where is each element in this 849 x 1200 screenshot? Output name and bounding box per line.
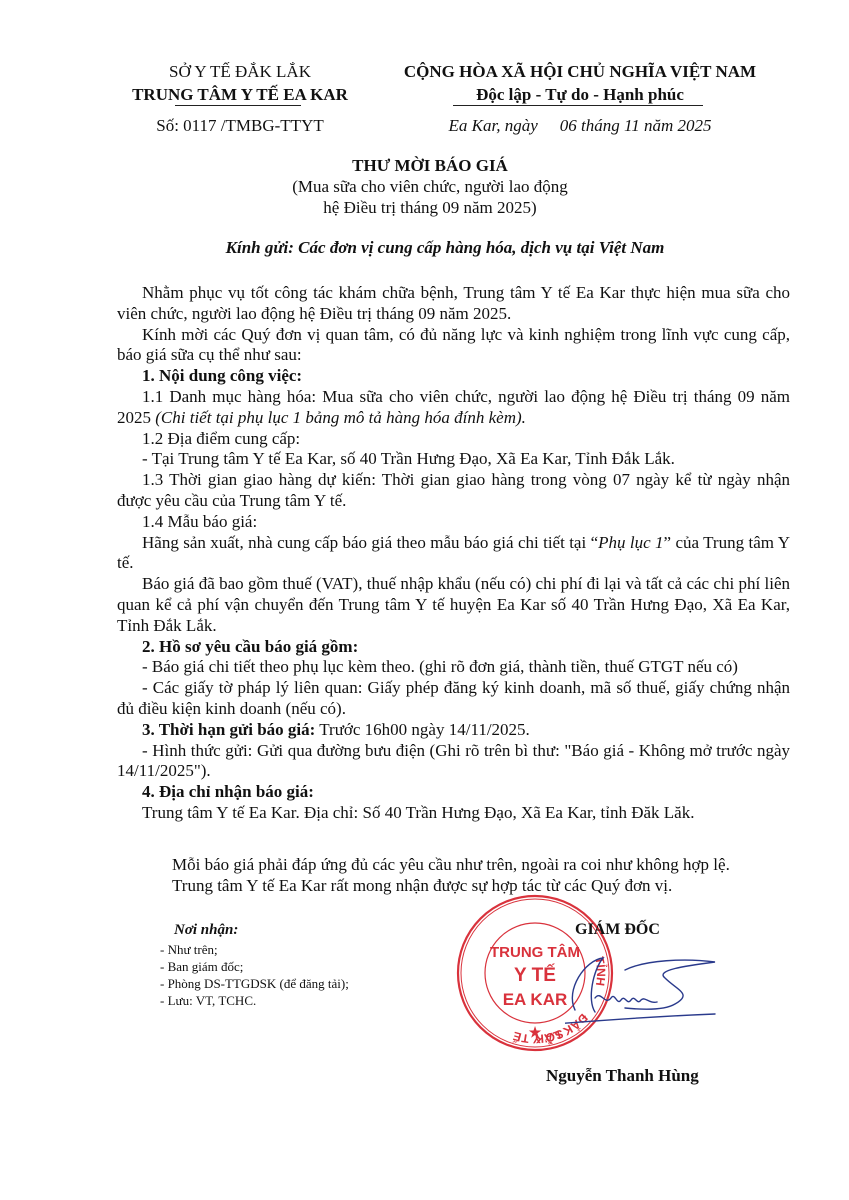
recipients: Nơi nhận: - Như trên; - Ban giám đốc; - … [160, 922, 440, 1009]
document-body: Nhằm phục vụ tốt công tác khám chữa bệnh… [117, 283, 790, 824]
section-4-heading: 4. Địa chỉ nhận báo giá: [117, 782, 790, 803]
stamp-center-line-2: Y TẾ [514, 964, 556, 986]
section-1-3: 1.3 Thời gian giao hàng dự kiến: Thời gi… [117, 470, 790, 512]
section-3-heading: 3. Thời hạn gửi báo giá: [142, 720, 315, 739]
date-place: Ea Kar, ngày [449, 116, 538, 135]
section-1-2-heading: 1.2 Địa điểm cung cấp: [117, 429, 790, 450]
title-subtitle-2: hệ Điều trị tháng 09 năm 2025) [120, 197, 740, 218]
section-4-text: Trung tâm Y tế Ea Kar. Địa chỉ: Số 40 Tr… [117, 803, 790, 824]
signatory-title: GIÁM ĐỐC [575, 921, 660, 939]
recipient-item: - Ban giám đốc; [160, 958, 440, 975]
nation-name: CỘNG HÒA XÃ HỘI CHỦ NGHĨA VIỆT NAM [375, 60, 785, 83]
section-1-heading: 1. Nội dung công việc: [117, 366, 790, 387]
date-value: 06 tháng 11 năm 2025 [560, 116, 712, 135]
signatory-name: Nguyễn Thanh Hùng [546, 1066, 699, 1086]
title-subtitle-1: (Mua sữa cho viên chức, người lao động [120, 176, 740, 197]
addressee: Kính gửi: Các đơn vị cung cấp hàng hóa, … [100, 238, 790, 258]
section-1-4-text: Hãng sản xuất, nhà cung cấp báo giá theo… [117, 533, 790, 575]
section-1-1-note: (Chi tiết tại phụ lục 1 bảng mô tả hàng … [155, 408, 526, 427]
section-1-2-text: - Tại Trung tâm Y tế Ea Kar, số 40 Trần … [117, 449, 790, 470]
org-underline [175, 105, 301, 106]
agency-name: SỞ Y TẾ ĐẮK LẮK [100, 60, 380, 83]
paragraph-invitation: Kính mời các Quý đơn vị quan tâm, có đủ … [117, 325, 790, 367]
section-1-4-text-2: Báo giá đã bao gồm thuế (VAT), thuế nhập… [117, 574, 790, 636]
stamp-center-line-3: EA KAR [503, 990, 568, 1009]
section-3-text: Trước 16h00 ngày 14/11/2025. [315, 720, 530, 739]
closing-line-1: Mỗi báo giá phải đáp ứng đủ các yêu cầu … [172, 855, 792, 876]
section-2-item-1: - Báo giá chi tiết theo phụ lục kèm theo… [117, 657, 790, 678]
section-1-1: 1.1 Danh mục hàng hóa: Mua sữa cho viên … [117, 387, 790, 429]
appendix-reference: Phụ lục 1 [598, 533, 663, 552]
closing: Mỗi báo giá phải đáp ứng đủ các yêu cầu … [172, 855, 792, 897]
section-1-4-heading: 1.4 Mẫu báo giá: [117, 512, 790, 533]
document-number: Số: 0117 /TMBG-TTYT [100, 114, 380, 137]
date-line: Ea Kar, ngày06 tháng 11 năm 2025 [375, 114, 785, 137]
recipient-item: - Như trên; [160, 941, 440, 958]
section-3-method: - Hình thức gửi: Gửi qua đường bưu điện … [117, 741, 790, 783]
handwritten-signature [565, 950, 725, 1030]
section-1-4-text-a: Hãng sản xuất, nhà cung cấp báo giá theo… [142, 533, 598, 552]
national-motto: Độc lập - Tự do - Hạnh phúc [375, 83, 785, 106]
stamp-star-icon: ★ [529, 1024, 542, 1040]
recipients-heading: Nơi nhận: [174, 922, 440, 939]
motto-underline [453, 105, 703, 106]
section-2-heading: 2. Hồ sơ yêu cầu báo giá gồm: [117, 637, 790, 658]
recipient-item: - Phòng DS-TTGDSK (để đăng tải); [160, 975, 440, 992]
recipient-item: - Lưu: VT, TCHC. [160, 992, 440, 1009]
section-3: 3. Thời hạn gửi báo giá: Trước 16h00 ngà… [117, 720, 790, 741]
document-title: THƯ MỜI BÁO GIÁ [120, 155, 740, 176]
section-2-item-2: - Các giấy tờ pháp lý liên quan: Giấy ph… [117, 678, 790, 720]
header-right: CỘNG HÒA XÃ HỘI CHỦ NGHĨA VIỆT NAM Độc l… [375, 60, 785, 137]
title-block: THƯ MỜI BÁO GIÁ (Mua sữa cho viên chức, … [120, 155, 740, 218]
header-left: SỞ Y TẾ ĐẮK LẮK TRUNG TÂM Y TẾ EA KAR Số… [100, 60, 380, 137]
organization-name: TRUNG TÂM Y TẾ EA KAR [100, 83, 380, 106]
paragraph-intro: Nhằm phục vụ tốt công tác khám chữa bệnh… [117, 283, 790, 325]
